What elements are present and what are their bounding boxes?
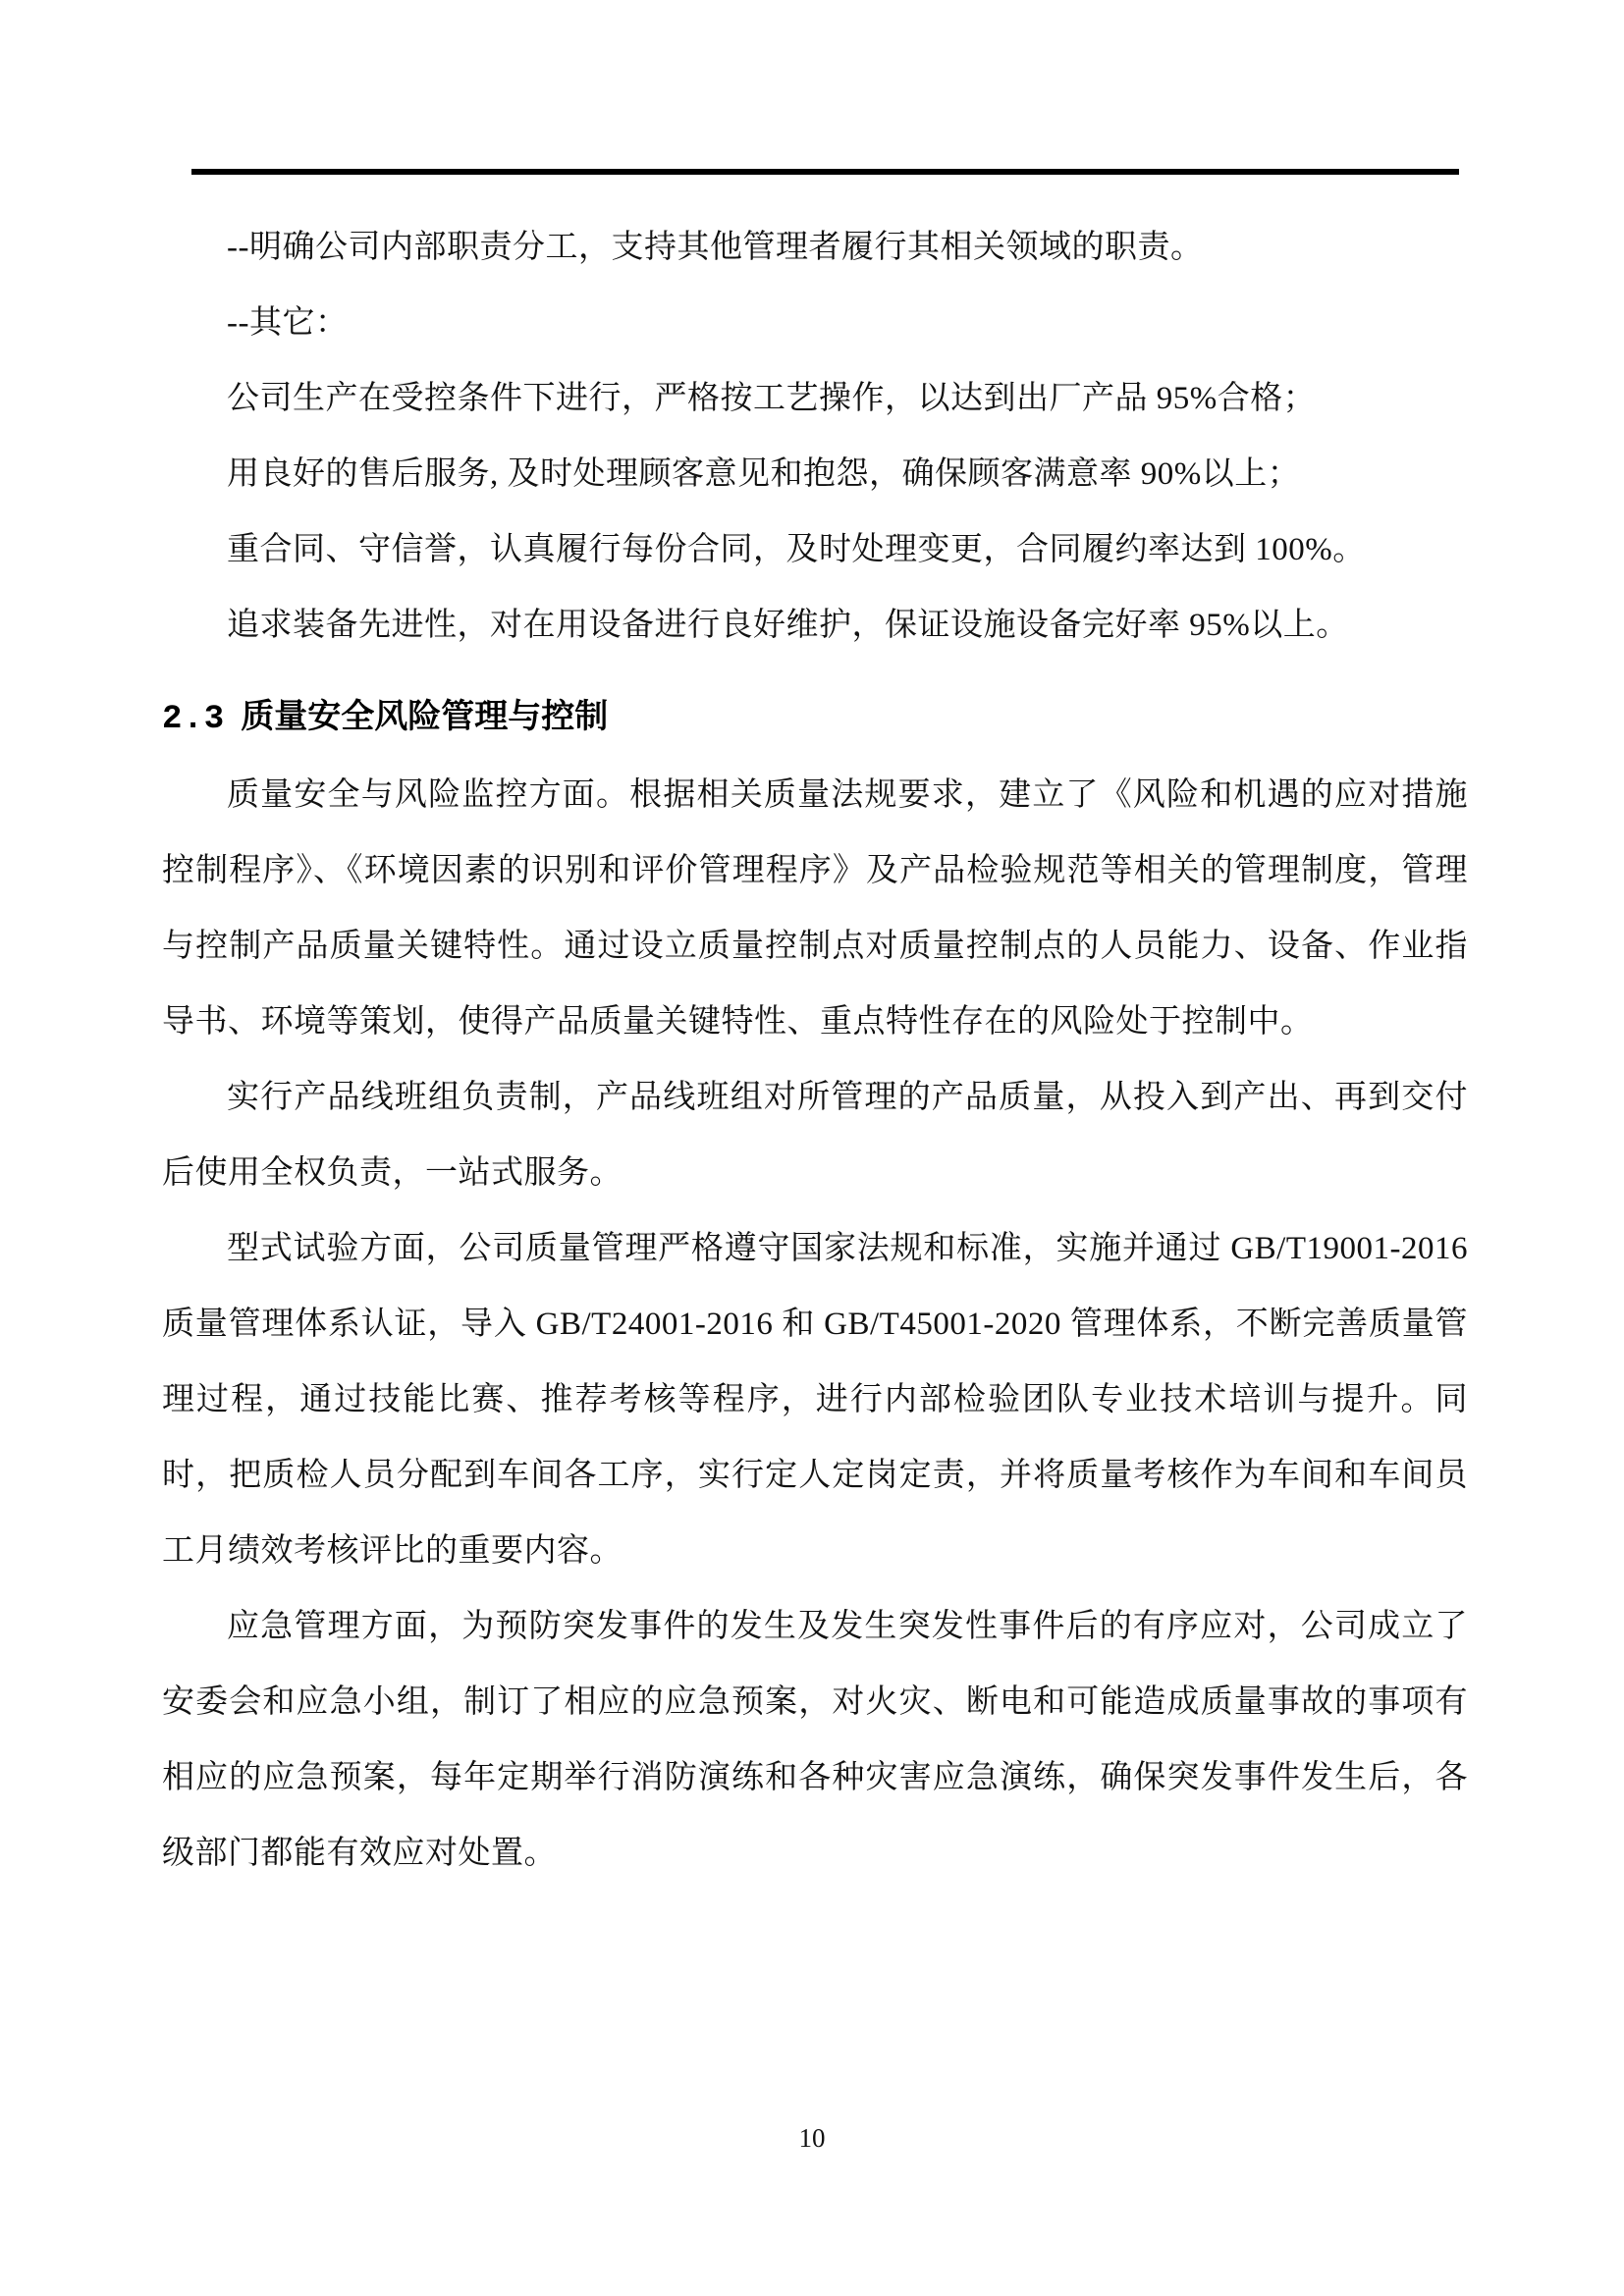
page-footer: 10 — [0, 2123, 1624, 2154]
section-paragraph: 实行产品线班组负责制，产品线班组对所管理的产品质量，从投入到产出、再到交付后使用… — [162, 1060, 1468, 1211]
section-paragraph: 应急管理方面，为预防突发事件的发生及发生突发性事件后的有序应对，公司成立了安委会… — [162, 1589, 1468, 1892]
section-paragraph: 质量安全与风险监控方面。根据相关质量法规要求，建立了《风险和机遇的应对措施控制程… — [162, 758, 1468, 1060]
pre-section-line: --明确公司内部职责分工，支持其他管理者履行其相关领域的职责。 — [162, 210, 1468, 286]
section-paragraph: 型式试验方面，公司质量管理严格遵守国家法规和标准，实施并通过 GB/T19001… — [162, 1211, 1468, 1589]
pre-section-line: 重合同、守信誉，认真履行每份合同，及时处理变更，合同履约率达到 100%。 — [162, 512, 1468, 588]
section-title: 质量安全风险管理与控制 — [241, 699, 608, 735]
pre-section-line: 用良好的售后服务, 及时处理顾客意见和抱怨，确保顾客满意率 90%以上； — [162, 437, 1468, 512]
pre-section-line: 公司生产在受控条件下进行，严格按工艺操作，以达到出厂产品 95%合格； — [162, 361, 1468, 437]
section-number: 2.3 — [162, 701, 225, 738]
page-number: 10 — [799, 2123, 826, 2153]
pre-section-line: 追求装备先进性，对在用设备进行良好维护，保证设施设备完好率 95%以上。 — [162, 588, 1468, 664]
document-page: --明确公司内部职责分工，支持其他管理者履行其相关领域的职责。 --其它： 公司… — [0, 0, 1624, 2296]
header-rule — [191, 169, 1459, 175]
pre-section-line: --其它： — [162, 286, 1468, 361]
page-content: --明确公司内部职责分工，支持其他管理者履行其相关领域的职责。 --其它： 公司… — [162, 210, 1468, 1892]
section-heading: 2.3质量安全风险管理与控制 — [162, 679, 1468, 758]
